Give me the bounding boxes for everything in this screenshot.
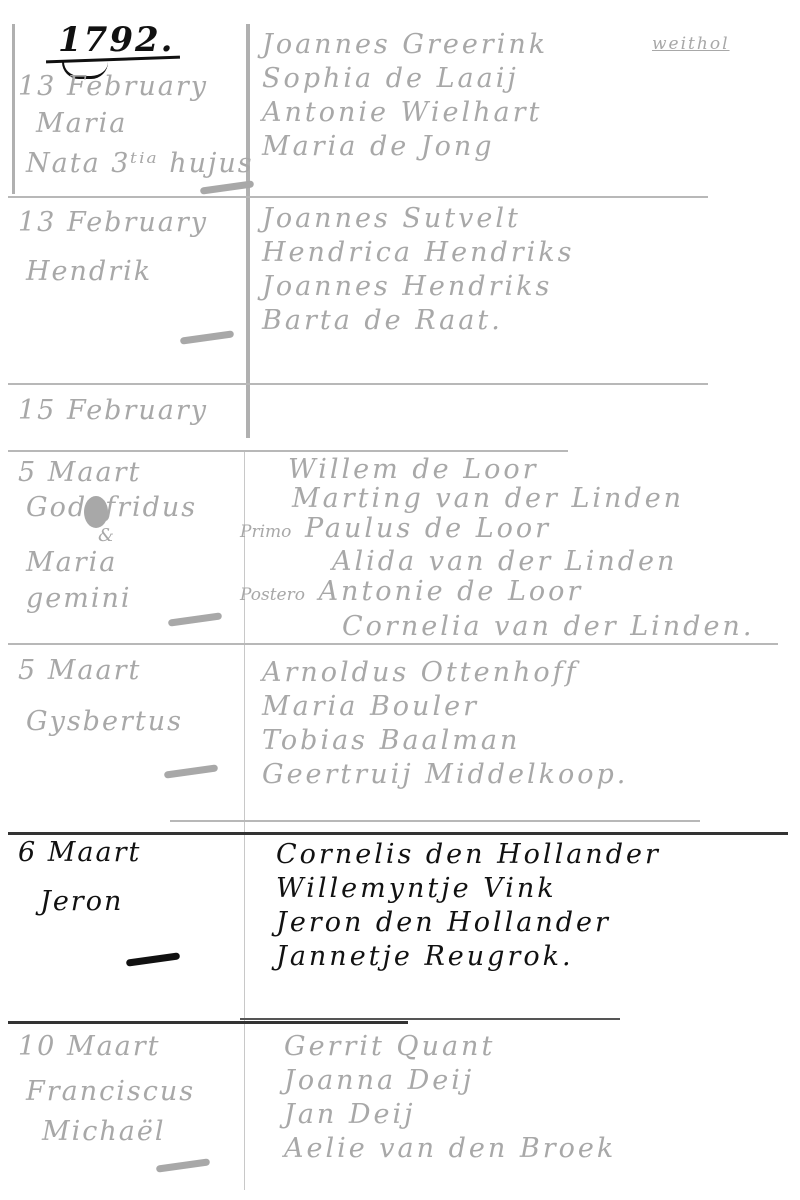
entry-end-mark [180,330,234,344]
entry-separator [8,196,708,198]
entry-end-mark [164,764,218,778]
child-name: Maria [18,546,246,580]
witness-name: Marting van der Linden [262,484,792,514]
witness-name: Jannetje Reugrok. [276,940,800,974]
witness-name: Hendrica Hendriks [262,236,792,270]
entry-date: 5 Maart [18,456,246,490]
witness-name: Tobias Baalman [262,724,792,758]
entry-separator [8,832,788,835]
witness-name: Sophia de Laaij [262,62,792,96]
role-label: Postero [240,585,305,605]
entry-date: 5 Maart [18,654,246,688]
witness-name: Alida van der Linden [262,547,792,577]
entry-separator [8,383,708,385]
witness-name: Arnoldus Ottenhoff [262,656,792,690]
child-name: Michaël [18,1112,246,1152]
witness-name: Aelie van den Broek [284,1132,800,1166]
page-margin [12,24,15,194]
child-name: Franciscus [18,1072,246,1112]
witness-name: Geertruij Middelkoop. [262,758,792,792]
witness-name: Willemyntje Vink [276,872,800,906]
ink-blot [84,496,108,528]
register-year: 1792. [58,20,174,60]
witness-name: Joannes Hendriks [262,270,792,304]
witness-name: Postero Antonie de Loor [240,577,792,610]
witness-name: Maria Bouler [262,690,792,724]
witness-name: Joannes Sutvelt [262,202,792,236]
witness-name: Jan Deij [284,1098,800,1132]
witness-name: Antonie Wielhart [262,96,792,130]
column-divider [246,24,250,438]
entry-date: 13 February [18,206,246,240]
child-conjunction: & [18,526,246,546]
witness-name: Willem de Loor [262,456,792,484]
witness-name: Barta de Raat. [262,304,792,338]
child-name: Maria [18,104,246,144]
role-label: Primo [240,522,291,542]
witness-name: Primo Paulus de Loor [240,514,792,547]
child-name: Godefridus [18,490,246,526]
entry-date: 15 February [18,394,246,428]
witness-name-text: Antonie de Loor [319,576,584,607]
entry-date: 6 Maart [18,836,246,870]
witness-name: Maria de Jong [262,130,792,164]
entry-separator [8,450,568,452]
margin-annotation: weithol [652,34,730,54]
entry-end-mark [156,1158,210,1172]
witness-name-text: Paulus de Loor [305,513,551,544]
child-note: gemini [18,580,246,618]
child-name: Gysbertus [18,702,246,742]
child-name: Jeron [18,882,246,922]
entry-separator [8,1021,408,1024]
witness-name: Joanna Deij [284,1064,800,1098]
witness-name: Cornelia van der Linden. [262,610,792,644]
entry-date: 13 February [18,70,246,104]
entry-separator [170,820,700,822]
entry-date: 10 Maart [18,1030,246,1064]
witness-name: Jeron den Hollander [276,906,800,940]
entry-separator [240,1018,620,1020]
child-note: Nata 3ᵗⁱᵃ hujus [18,144,246,184]
witness-name: Gerrit Quant [284,1030,800,1064]
child-name: Hendrik [18,252,246,292]
witness-name: Cornelis den Hollander [276,838,800,872]
entry-end-mark [126,952,180,966]
